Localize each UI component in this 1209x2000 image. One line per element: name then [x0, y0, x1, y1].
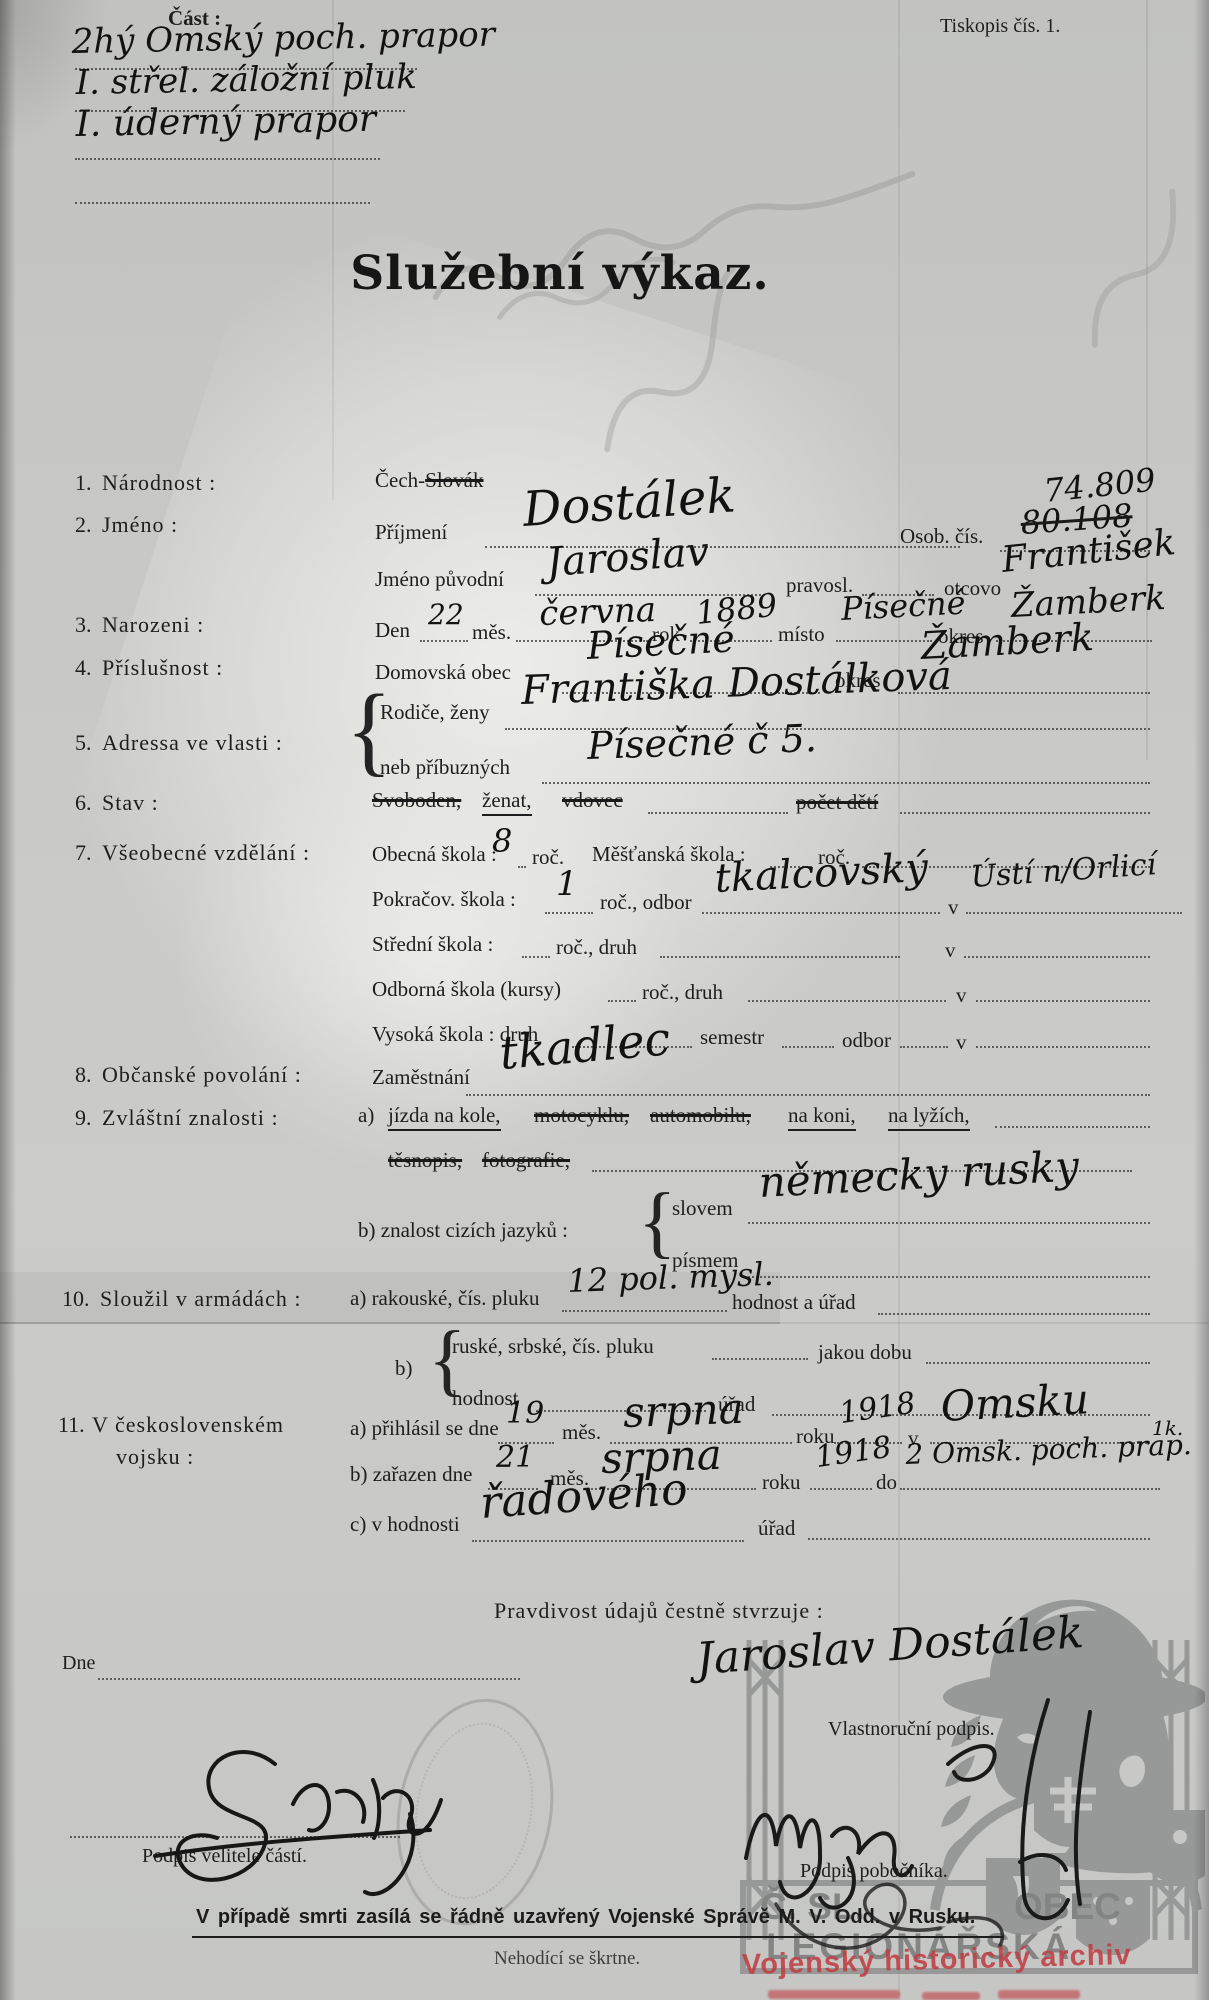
strike-note: Nehodící se škrtne.	[494, 1948, 640, 1970]
home-municipality-label: Domovská obec	[375, 660, 511, 685]
skills-b-brace: {	[638, 1182, 676, 1262]
university-field-rule	[900, 1046, 948, 1048]
field2-label: Jméno :	[102, 512, 178, 538]
field4-label: Příslušnost :	[102, 655, 223, 681]
skills-b-label: b) znalost cizích jazyků :	[358, 1218, 568, 1243]
adjutant-signature-label: Podpis pobočníka.	[800, 1860, 948, 1883]
bleed-through-scribble-right	[998, 120, 1209, 371]
secondary-school-label: Střední škola :	[372, 932, 493, 957]
assigned-to-label: do	[876, 1470, 897, 1495]
duration-rule	[926, 1362, 1150, 1364]
status-married: ženat,	[482, 788, 532, 816]
unit-line-1: 2hý Omský poch. prapor	[71, 15, 495, 62]
secondary-in-label: v	[945, 938, 956, 963]
secondary-kind-label: roč., druh	[556, 935, 637, 960]
continuation-school-label: Pokračov. škola :	[372, 887, 516, 912]
occupation-rule	[466, 1094, 1150, 1096]
vocational-kind-label: roč., druh	[642, 980, 723, 1005]
personal-number-label: Osob. čís.	[900, 524, 983, 549]
address-line2-label: neb příbuzných	[380, 755, 510, 780]
field7-label: Všeobecné vzdělání :	[102, 840, 310, 866]
continuation-place-rule	[966, 912, 1182, 914]
rank-rule	[472, 1540, 744, 1542]
nationality-kept: Čech-	[375, 468, 425, 492]
field6-number: 6.	[75, 790, 92, 816]
unit-line-3: I. úderný prapor	[75, 99, 376, 145]
field4-number: 4.	[75, 655, 92, 681]
light-patch-large	[10, 194, 1049, 1246]
skill-cycling: jízda na kole,	[388, 1103, 501, 1131]
enlisted-place: Omsku	[939, 1374, 1090, 1431]
field8-number: 8.	[75, 1062, 92, 1088]
vocational-school-label: Odborná škola (kursy)	[372, 977, 561, 1002]
semester-rule	[782, 1046, 834, 1048]
continuation-place: Ústí n/Orlicí	[970, 847, 1158, 895]
continuation-years-rule	[545, 912, 593, 914]
enlisted-year: 1918	[837, 1386, 917, 1431]
assigned-year-label: roku	[762, 1470, 801, 1495]
skills-a1-rule	[995, 1126, 1150, 1128]
austrian-army-label: a) rakouské, čís. pluku	[350, 1286, 540, 1311]
death-notice: V případě smrti zasílá se řádně uzavřený…	[196, 1906, 975, 1929]
russian-serbian-label: ruské, srbské, čís. pluku	[452, 1334, 654, 1359]
surname-value: Dostálek	[521, 467, 737, 538]
vocational-in-label: v	[956, 983, 967, 1008]
rank-office-rule	[808, 1538, 1150, 1540]
enlisted-label: a) přihlásil se dne	[350, 1416, 499, 1441]
rank-office-label: úřad	[758, 1516, 795, 1541]
primary-school-rule	[518, 866, 526, 868]
skill-photography: fotografie,	[482, 1148, 570, 1173]
firstname-label: Jméno původní	[375, 567, 504, 592]
assigned-unit-rule	[900, 1488, 1160, 1490]
continuation-field-rule	[702, 912, 940, 914]
surname-label: Příjmení	[375, 520, 447, 545]
archive-stamp-cut-line-1	[768, 1990, 900, 1999]
skill-ski: na lyžích,	[888, 1103, 970, 1131]
children-count-label: počet dětí	[796, 790, 878, 815]
home-municipality: Písečné	[586, 616, 736, 668]
occupation-label: Zaměstnání	[372, 1065, 470, 1090]
continuation-years: 1	[556, 864, 578, 904]
skill-automobile: automobilu,	[650, 1103, 751, 1128]
birth-day-rule	[420, 640, 468, 642]
university-in-label: v	[956, 1030, 967, 1055]
secondary-in-rule	[964, 956, 1150, 958]
university-field-label: odbor	[842, 1028, 891, 1053]
russian-regiment-rule	[712, 1358, 808, 1360]
right-edge-shadow	[1194, 0, 1209, 2000]
field11-label-line2: vojsku :	[116, 1444, 194, 1470]
field7-number: 7.	[75, 840, 92, 866]
unit-line-2: I. střel. záložní pluk	[75, 57, 417, 103]
field9-number: 9.	[75, 1105, 92, 1131]
written-rule	[748, 1276, 1150, 1278]
field5-number: 5.	[75, 730, 92, 756]
primary-school-label: Obecná škola :	[372, 842, 497, 867]
continuation-field-label: roč., odbor	[600, 890, 692, 915]
tiskopis-label: Tiskopis čís. 1.	[940, 15, 1060, 38]
skills-a-label: a)	[358, 1103, 374, 1128]
field10-label: Sloužil v armádách :	[100, 1286, 301, 1312]
spoken-rule	[748, 1222, 1150, 1224]
university-in-rule	[976, 1046, 1150, 1048]
field1-number: 1.	[75, 470, 92, 496]
certification-statement: Pravdivost údajů čestně stvrzuje :	[494, 1598, 824, 1624]
children-count-rule	[900, 812, 1150, 814]
field10-number: 10.	[62, 1286, 90, 1312]
field9-label: Zvláštní znalosti :	[102, 1105, 279, 1131]
birth-place-rule	[836, 640, 932, 642]
field3-label: Narozeni :	[102, 612, 204, 638]
austrian-rank-label: hodnost a úřad	[732, 1290, 856, 1315]
field2-number: 2.	[75, 512, 92, 538]
austrian-rank-rule	[878, 1313, 1150, 1315]
austrian-regiment-rule	[562, 1310, 727, 1312]
birth-month-label: měs.	[472, 620, 511, 645]
continuation-field: tkalcovský	[714, 845, 930, 902]
assigned-unit-superscript: 1k.	[1152, 1416, 1183, 1440]
personal-number-new: 74.809	[1042, 461, 1157, 510]
vocational-in-rule	[976, 1000, 1150, 1002]
left-edge-shadow	[0, 0, 16, 2000]
unit-line-3-rule	[75, 158, 380, 160]
secondary-years-rule	[522, 956, 550, 958]
birth-place-label: místo	[778, 622, 825, 647]
semester-label: semestr	[700, 1025, 764, 1050]
status-rule	[648, 812, 788, 814]
bleed-through-scribble-wide	[412, 127, 987, 353]
skill-shorthand: těsnopis,	[388, 1148, 462, 1173]
address-line1-label: Rodiče, ženy	[380, 700, 490, 725]
assigned-unit: 2 Omsk. poch. prap.	[905, 1428, 1192, 1471]
field1-value: Čech-Slovák	[375, 468, 484, 493]
address-line1-value: Františka Dostálková	[520, 653, 952, 714]
status-widower: vdovec	[562, 788, 623, 813]
vocational-years-rule	[608, 1000, 636, 1002]
header-empty-rule	[75, 202, 370, 204]
archive-stamp-cut-line-2	[922, 1992, 980, 2000]
address-line2-value: Písečné č 5.	[586, 716, 817, 768]
assigned-year-rule	[810, 1488, 872, 1490]
skill-motorcycle: motocyklu,	[534, 1103, 629, 1128]
birth-day-label: Den	[375, 618, 410, 643]
secondary-kind-rule	[660, 956, 900, 958]
commander-signature	[125, 1742, 455, 1912]
field6-label: Stav :	[102, 790, 159, 816]
address-line2-rule	[542, 782, 1150, 784]
birth-place: Písečné	[840, 584, 966, 628]
spoken-label: slovem	[672, 1196, 733, 1221]
nationality-struck: Slovák	[425, 468, 483, 492]
death-notice-rule	[192, 1936, 1004, 1938]
enlisted-month: srpna	[622, 1384, 744, 1437]
primary-school-years: 8	[492, 822, 512, 860]
vocational-kind-rule	[748, 1000, 946, 1002]
firstname-value: Jaroslav	[545, 529, 711, 586]
status-single: Svoboden,	[372, 788, 461, 813]
spoken-languages: německy rusky	[757, 1141, 1080, 1207]
rank-label: c) v hodnosti	[350, 1512, 460, 1537]
field8-label: Občanské povolání :	[102, 1062, 302, 1088]
field1-label: Národnost :	[102, 470, 216, 496]
field11-label-line1: V československém	[92, 1412, 284, 1438]
assigned-day: 21	[496, 1440, 534, 1475]
scanned-form-page: Část : Tiskopis čís. 1. 2hý Omský poch. …	[0, 0, 1209, 2000]
field3-number: 3.	[75, 612, 92, 638]
field11-number: 11.	[58, 1412, 85, 1438]
other-army-label: b)	[395, 1356, 413, 1381]
date-label: Dne	[62, 1652, 95, 1675]
fold-line-horizontal	[0, 1322, 1209, 1324]
form-title: Služební výkaz.	[300, 246, 820, 301]
skill-horse: na koni,	[788, 1103, 856, 1131]
field5-label: Adressa ve vlasti :	[102, 730, 283, 756]
continuation-in-label: v	[948, 895, 959, 920]
birth-day: 22	[428, 598, 464, 631]
date-rule	[98, 1678, 520, 1680]
enlisted-day: 19	[506, 1396, 544, 1431]
archive-stamp-cut-line-3	[998, 1990, 1080, 1999]
assigned-label: b) zařazen dne	[350, 1462, 472, 1487]
fold-line-vertical-right	[1146, 0, 1148, 760]
enlisted-month-label: měs.	[562, 1420, 601, 1445]
duration-label: jakou dobu	[818, 1340, 912, 1365]
